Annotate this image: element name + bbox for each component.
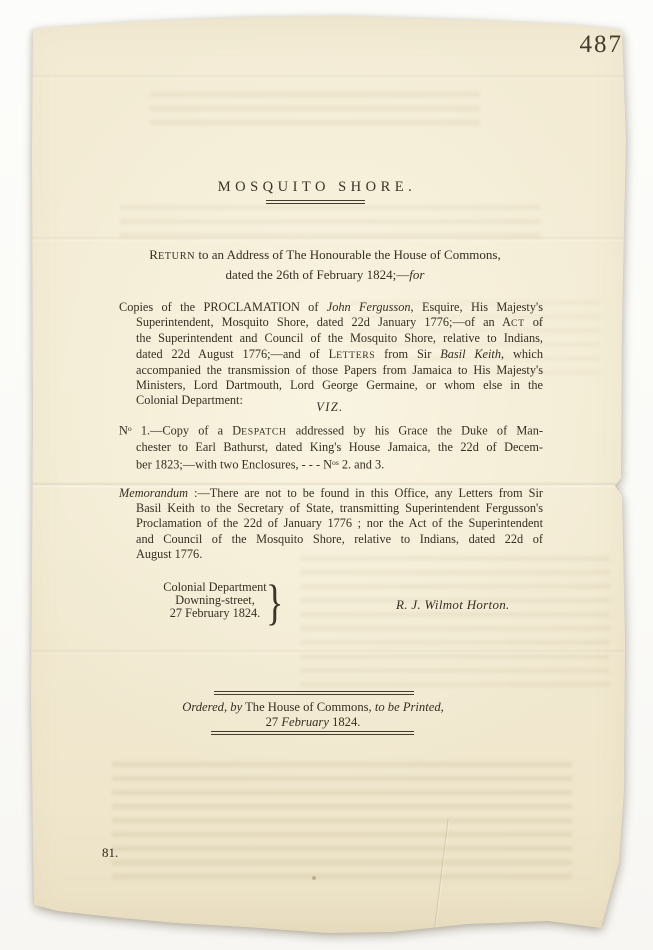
order-description-paragraph: Copies of the PROCLAMATION of John Fergu… bbox=[119, 300, 543, 408]
imprint-rule bbox=[214, 691, 414, 695]
memorandum-paragraph: Memorandum :—There are not to be found i… bbox=[119, 486, 543, 562]
order-description-line: dated 22d August 1776;—and of Letters fr… bbox=[136, 347, 543, 363]
return-heading: Return to an Address of The Honourable t… bbox=[0, 246, 650, 283]
sheet-number: 81. bbox=[102, 845, 118, 861]
scanned-document-scene: 487 MOSQUITO SHORE. Return to an Address… bbox=[0, 0, 653, 950]
folio-number: 487 bbox=[580, 31, 624, 59]
paper-sheet: 487 MOSQUITO SHORE. Return to an Address… bbox=[0, 0, 653, 950]
imprint-rule bbox=[211, 731, 414, 735]
item-no1-line: ber 1823;—with two Enclosures, - - - Nos… bbox=[136, 455, 543, 473]
order-description-line: Superintendent, Mosquito Shore, dated 22… bbox=[136, 315, 543, 331]
signature: R. J. Wilmot Horton. bbox=[396, 597, 510, 613]
printed-content: 487 MOSQUITO SHORE. Return to an Address… bbox=[0, 0, 653, 950]
dateline-brace: } bbox=[266, 578, 283, 626]
order-description-line: the Superintendent and Council of the Mo… bbox=[136, 331, 543, 346]
return-heading-line: dated the 26th of February 1824;—for bbox=[0, 266, 650, 284]
dateline-block: Colonial Department Downing-street, 27 F… bbox=[158, 581, 272, 619]
imprint-line: 27 February 1824. bbox=[163, 715, 463, 730]
item-no1-paragraph: No 1.—Copy of a Despatch addressed by hi… bbox=[119, 421, 543, 472]
document-title: MOSQUITO SHORE. bbox=[0, 179, 634, 196]
paper-shadow-wrap: 487 MOSQUITO SHORE. Return to an Address… bbox=[0, 0, 653, 950]
return-heading-line: Return to an Address of The Honourable t… bbox=[0, 246, 650, 266]
dateline-line: Colonial Department bbox=[158, 581, 272, 594]
imprint-line: Ordered, by The House of Commons, to be … bbox=[163, 700, 463, 715]
memorandum-line: August 1776. bbox=[136, 547, 543, 562]
item-no1-line: chester to Earl Bathurst, dated King's H… bbox=[136, 440, 543, 455]
title-rule bbox=[266, 200, 365, 204]
order-description-line: Ministers, Lord Dartmouth, Lord George G… bbox=[136, 378, 543, 393]
dateline-line: Downing-street, bbox=[158, 594, 272, 607]
memorandum-line: Proclamation of the 22d of January 1776 … bbox=[136, 516, 543, 531]
order-description-line: accompanied the transmission of those Pa… bbox=[136, 363, 543, 378]
memorandum-line: and Council of the Mosquito Shore, relat… bbox=[136, 532, 543, 547]
dateline-line: 27 February 1824. bbox=[158, 607, 272, 620]
memorandum-line: Memorandum :—There are not to be found i… bbox=[119, 486, 543, 501]
viz-label: VIZ. bbox=[0, 400, 653, 415]
item-no1-line: No 1.—Copy of a Despatch addressed by hi… bbox=[119, 421, 543, 440]
memorandum-line: Basil Keith to the Secretary of State, t… bbox=[136, 501, 543, 516]
order-description-line: Copies of the PROCLAMATION of John Fergu… bbox=[119, 300, 543, 315]
